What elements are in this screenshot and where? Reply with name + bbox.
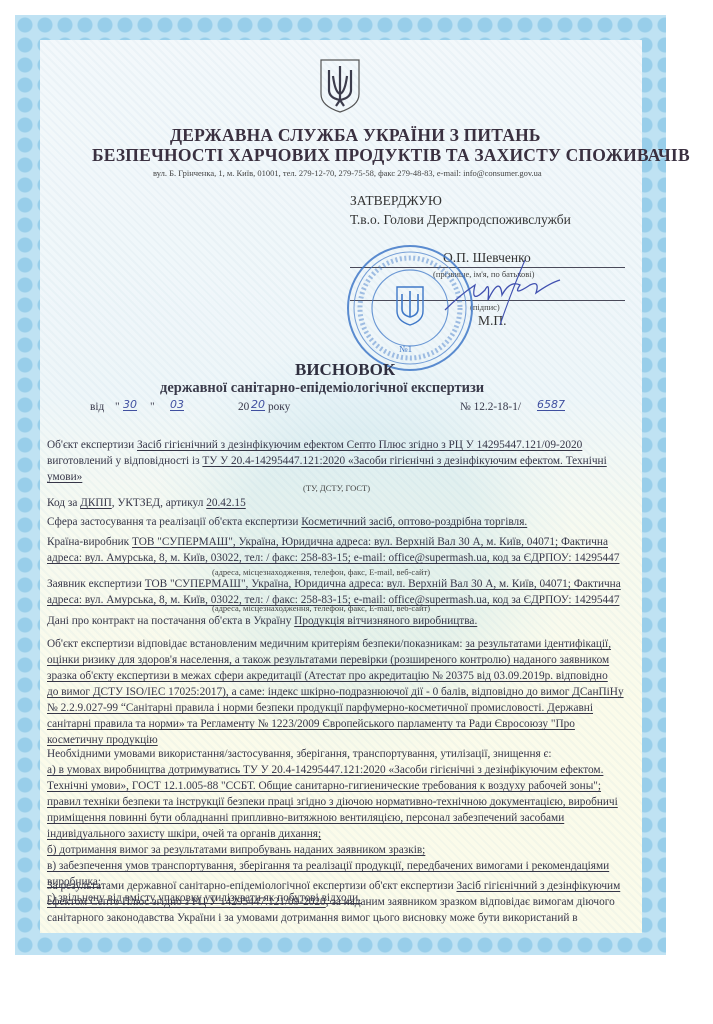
date-prefix: від (90, 399, 104, 415)
object-section: Об'єкт експертизи Засіб гігієнічний з де… (47, 437, 647, 485)
code-value: 20.42.15 (206, 497, 246, 509)
manufacturer-section: Країна-виробник ТОВ "СУПЕРМАШ", Україна,… (47, 534, 647, 566)
agency-name-line2: БЕЗПЕЧНОСТІ ХАРЧОВИХ ПРОДУКТІВ ТА ЗАХИСТ… (92, 145, 690, 166)
document-subtitle: державної санітарно-епідеміологічної екс… (160, 380, 484, 397)
date-year-word: року (268, 399, 290, 415)
stamp-number: №1 (399, 344, 412, 354)
agency-name-line1: ДЕРЖАВНА СЛУЖБА УКРАЇНИ З ПИТАНЬ (170, 125, 541, 146)
object-value: Засіб гігієнічний з дезінфікуючим ефекто… (137, 439, 582, 451)
trident-emblem-icon (319, 58, 361, 114)
date-year-suffix: 20 (251, 398, 265, 411)
spec-caption: (ТУ, ДСТУ, ГОСТ) (303, 483, 370, 493)
signature (440, 255, 575, 330)
contract-section: Дані про контракт на постачання об'єкта … (47, 613, 647, 629)
date-day: 30 (123, 398, 153, 411)
approval-position: Т.в.о. Голови Держпродспоживслужби (350, 212, 571, 228)
applicant-caption: (адреса, місцезнаходження, телефон, факс… (212, 603, 430, 613)
agency-address: вул. Б. Грінченка, 1, м. Київ, 01001, те… (153, 168, 542, 178)
approval-heading: ЗАТВЕРДЖУЮ (350, 193, 442, 209)
date-month: 03 (170, 398, 230, 411)
result-section: За результатами державної санітарно-епід… (47, 878, 647, 926)
document-title: ВИСНОВОК (295, 360, 395, 380)
criteria-section: Об'єкт експертизи відповідає встановлени… (47, 636, 647, 748)
code-section: Код за ДКПП, УКТЗЕД, артикул 20.42.15 (47, 495, 647, 511)
doc-number-prefix: № 12.2-18-1/ (460, 399, 521, 415)
date-year-prefix: 20 (238, 399, 249, 415)
doc-number: 6587 (537, 398, 582, 411)
tech-spec: ТУ У 20.4-14295447.121:2020 «Засоби гігі… (202, 455, 606, 467)
scope-section: Сфера застосування та реалізації об'єкта… (47, 514, 647, 530)
scope-value: Косметичний засіб, оптово-роздрібна торг… (301, 516, 527, 528)
